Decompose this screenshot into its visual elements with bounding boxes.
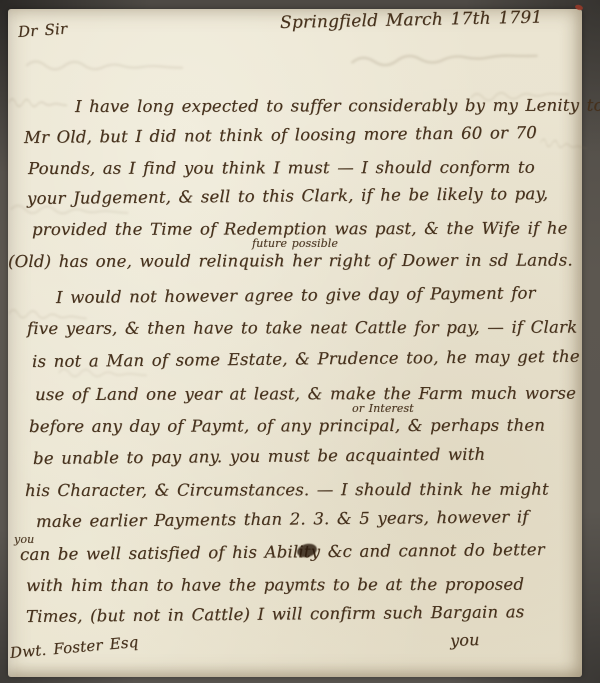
- interline-insertion-interest: or Interest: [352, 402, 414, 415]
- letter-line: I have long expected to suffer considera…: [75, 96, 600, 116]
- letter-line: with him than to have the paymts to be a…: [26, 575, 524, 595]
- letter-line: his Character, & Circumstances. — I shou…: [25, 480, 549, 500]
- letter-line: (Old) has one, would relinquish her righ…: [8, 251, 573, 271]
- interline-insertion-dower: future possible: [252, 237, 338, 250]
- catchword: you: [450, 630, 480, 650]
- salutation: Dr Sir: [17, 20, 68, 41]
- ink-bleedthrough: [25, 57, 185, 75]
- letter-line: use of Land one year at least, & make th…: [35, 384, 576, 404]
- letter-scan-frame: Springfield March 17th 1791 Dr Sir I hav…: [0, 0, 600, 683]
- letter-line: provided the Time of Redemption was past…: [32, 219, 568, 239]
- letter-line: before any day of Paymt, of any principa…: [29, 416, 545, 436]
- letter-line: Pounds, as I find you think I must — I s…: [28, 158, 535, 178]
- letter-line: five years, & then have to take neat Cat…: [27, 318, 577, 338]
